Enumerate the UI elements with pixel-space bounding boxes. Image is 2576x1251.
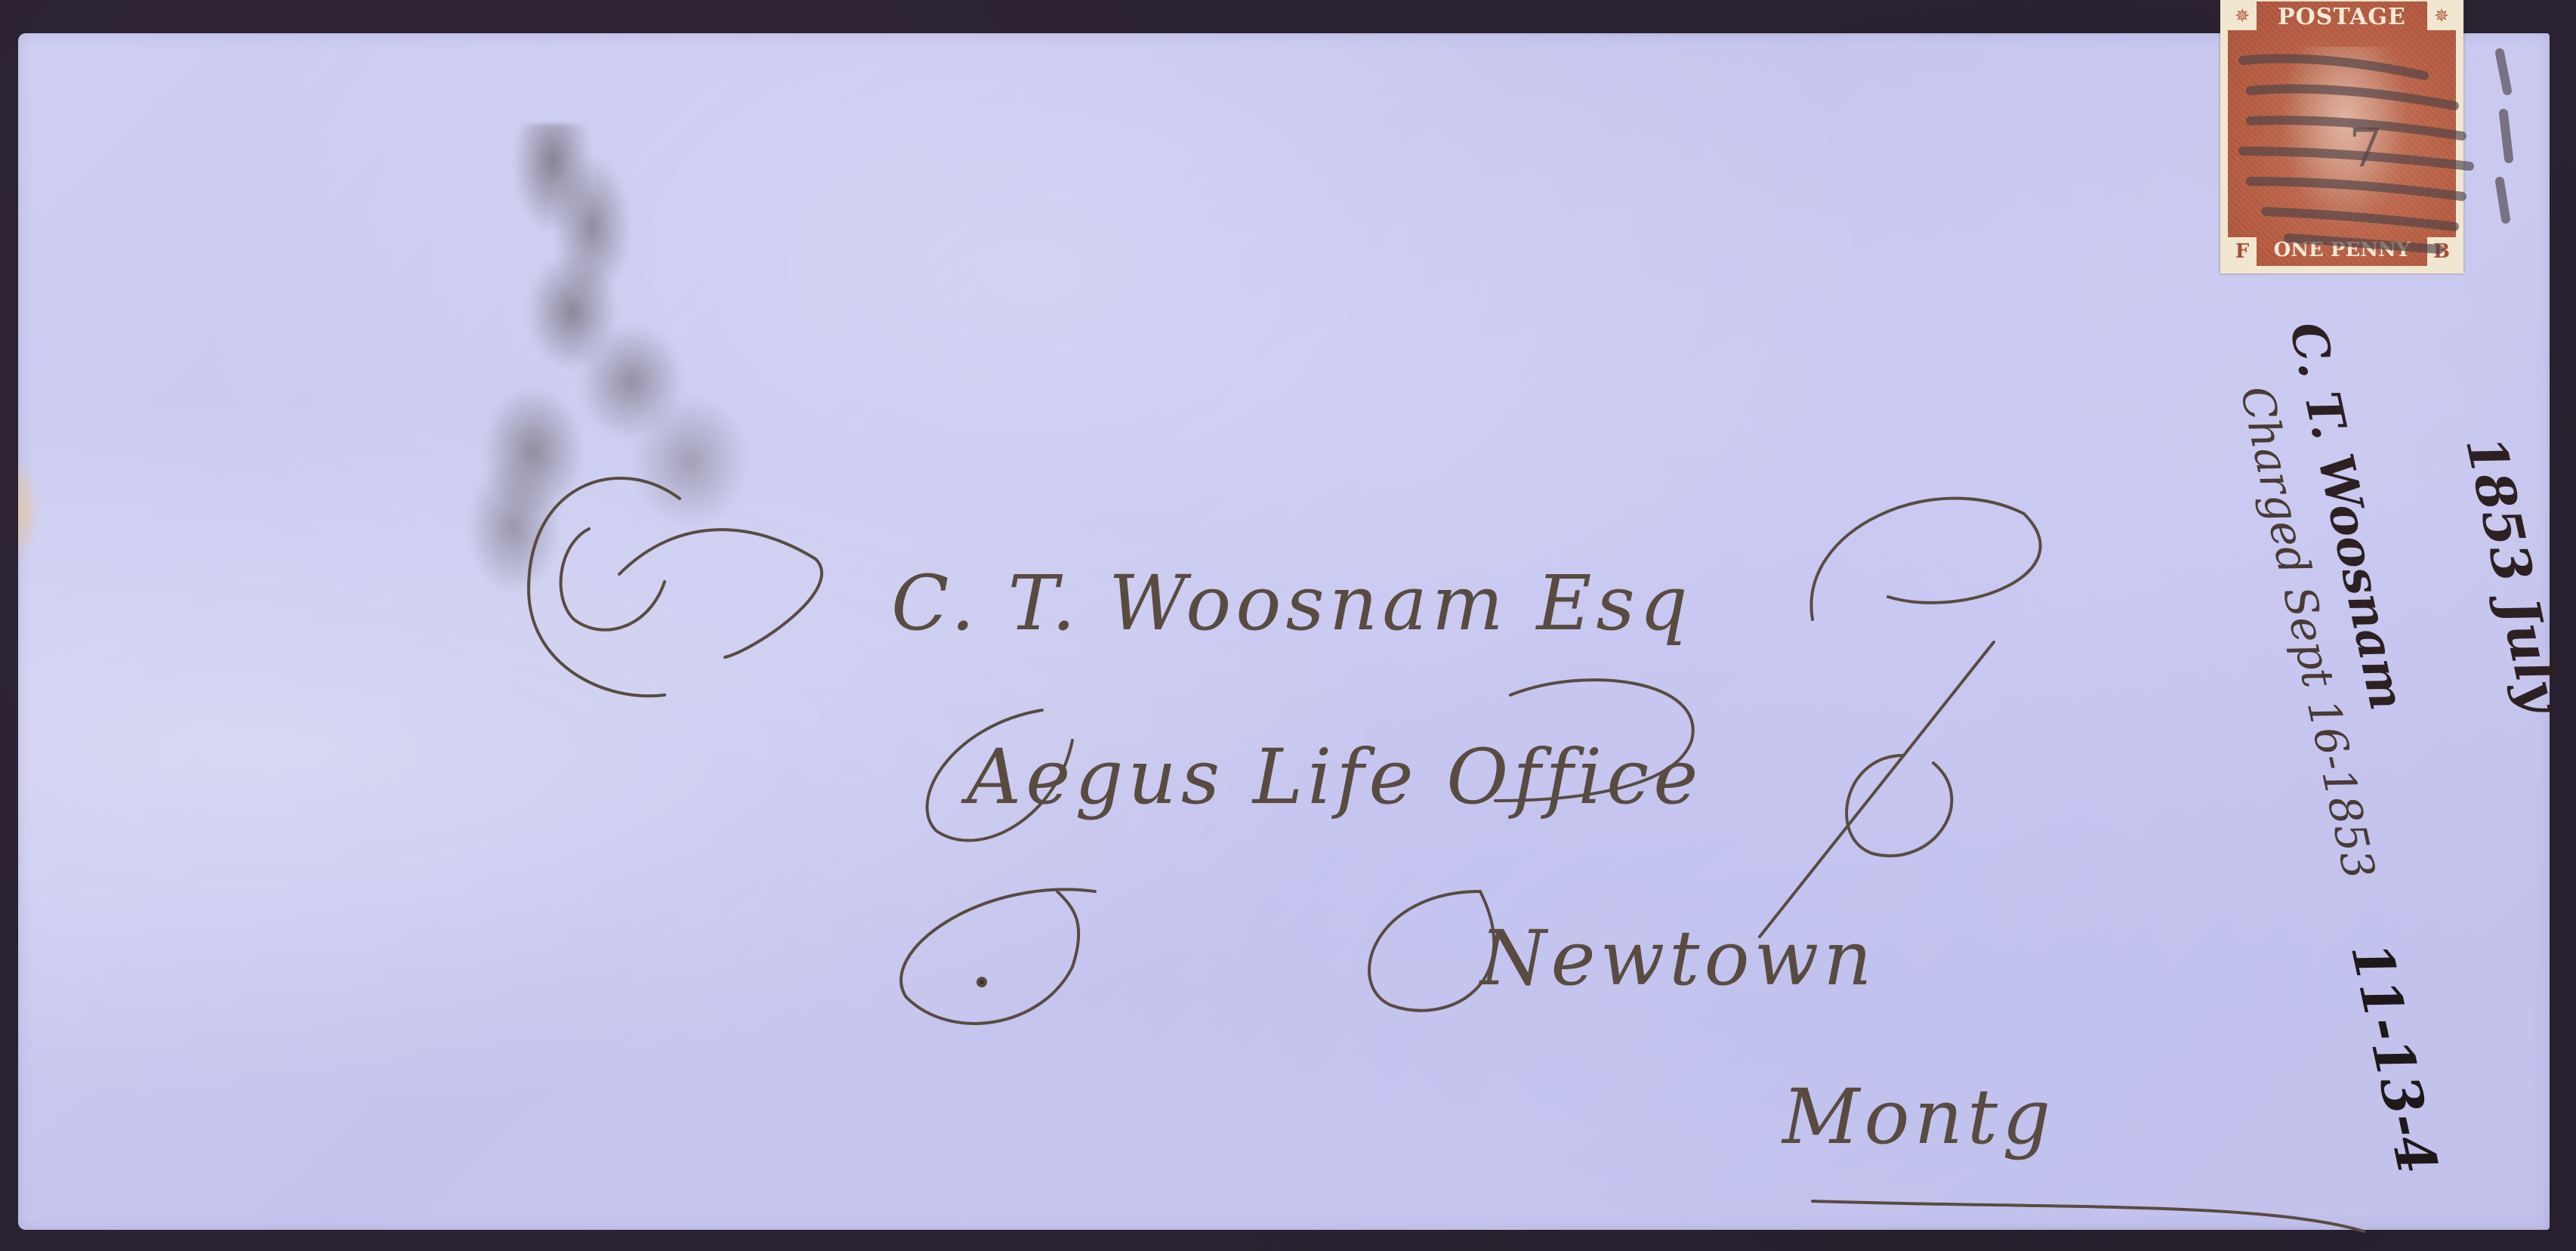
address-line-town: Newtown <box>1480 914 1877 1002</box>
queen-profile-icon <box>2281 47 2409 228</box>
stamp-field: ✵ ✵ POSTAGE F ONE PENNY B <box>2228 2 2456 266</box>
stamp-letter-left: F <box>2228 237 2257 266</box>
stamp-value-label: ONE PENNY <box>2261 236 2423 264</box>
stamp-postage-label: POSTAGE <box>2261 3 2423 32</box>
address-line-name: C. T. Woosnam Esq <box>891 559 1692 647</box>
age-stain <box>18 456 41 562</box>
address-line-county: Montg <box>1782 1073 2055 1161</box>
star-icon: ✵ <box>2228 2 2257 30</box>
stamp-letter-right: B <box>2427 237 2456 266</box>
address-line-office: Aegus Life Office <box>967 733 1702 821</box>
penny-red-stamp: ✵ ✵ POSTAGE F ONE PENNY B <box>2220 0 2463 273</box>
postmark-smudge <box>396 124 788 592</box>
star-icon: ✵ <box>2427 2 2456 30</box>
